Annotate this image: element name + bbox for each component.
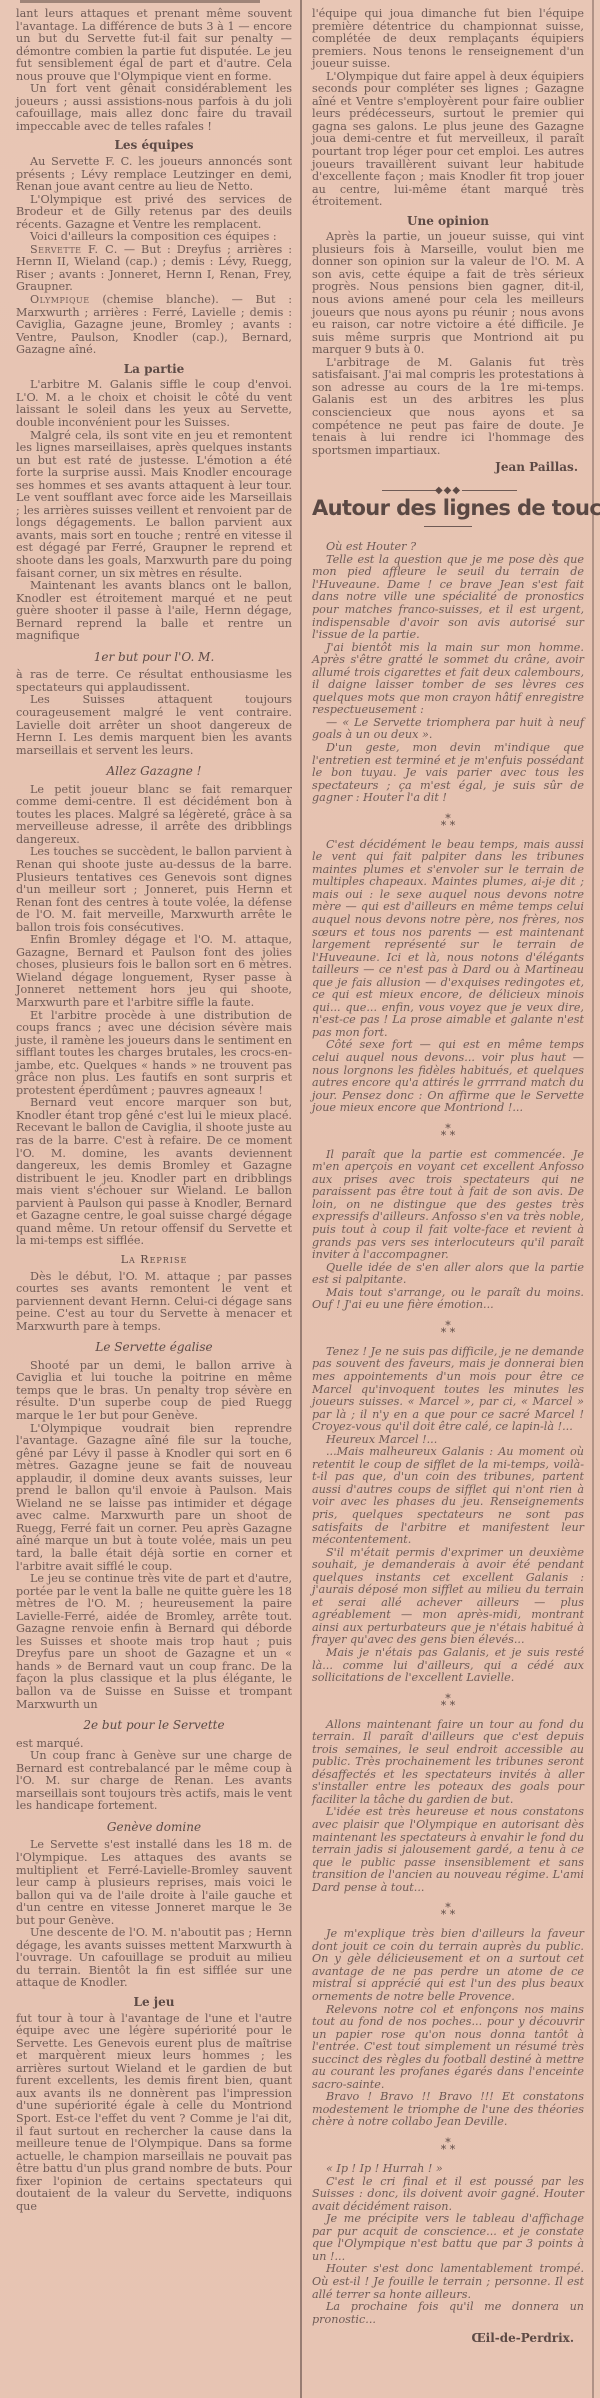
paragraph: Le jeu se continue très vite de part et … [16, 1573, 292, 1711]
newspaper-page: lant leurs attaques et prenant même souv… [0, 0, 600, 2398]
paragraph: Relevons notre col et enfonçons nos main… [312, 2004, 584, 2092]
paragraph: à ras de terre. Ce résultat enthousiasme… [16, 669, 292, 694]
paragraph: Les touches se succèdent, le ballon parv… [16, 846, 292, 934]
paragraph: Enfin Bromley dégage et l'O. M. attaque,… [16, 934, 292, 1009]
lineup-servette: Servette F. C. — But : Dreyfus ; arrière… [16, 244, 292, 294]
subheading-allez-gazagne: Allez Gazagne ! [16, 765, 292, 778]
asterism-icon: ** * [312, 1125, 584, 1139]
section-heading-partie: La partie [16, 363, 292, 376]
paragraph: Les Suisses attaquent toujours courageus… [16, 694, 292, 757]
subheading-second-goal-servette: 2e but pour le Servette [16, 1719, 292, 1732]
paragraph: Bernard veut encore marquer son but, Kno… [16, 1097, 292, 1248]
paragraph: Allons maintenant faire un tour au fond … [312, 1719, 584, 1807]
asterism-icon: ** * [312, 1904, 584, 1918]
paragraph: Au Servette F. C. les joueurs annoncés s… [16, 156, 292, 194]
paragraph: Maintenant les avants blancs ont le ball… [16, 580, 292, 643]
feature-body: Où est Houter ? Telle est la question qu… [312, 541, 584, 2326]
team-name-olympique: Olympique [30, 293, 90, 306]
paragraph: Malgré cela, ils sont vite en jeu et rem… [16, 430, 292, 581]
paragraph: La prochaine fois qu'il me donnera un pr… [312, 2301, 584, 2326]
ornament-divider: ◆◆◆ [312, 484, 584, 496]
author-signature: Jean Paillas. [312, 461, 578, 474]
section-heading-equipes: Les équipes [16, 139, 292, 152]
paragraph: J'ai bientôt mis la main sur mon homme. … [312, 642, 584, 717]
left-column: lant leurs attaques et prenant même souv… [16, 8, 292, 2213]
ornament-line-left [382, 490, 437, 491]
paragraph: Le petit joueur blanc se fait remarquer … [16, 784, 292, 847]
paragraph: Je me précipite vers le tableau d'affich… [312, 2213, 584, 2263]
paragraph: Mais tout s'arrange, ou le paraît du moi… [312, 1287, 584, 1312]
column-divider [300, 0, 302, 2398]
title-rule [424, 526, 472, 527]
section-heading-opinion: Une opinion [312, 215, 584, 228]
paragraph: Et l'arbitre procède à une distribution … [16, 1010, 292, 1098]
paragraph: Après la partie, un joueur suisse, qui v… [312, 231, 584, 356]
subheading-servette-egalise: Le Servette égalise [16, 1341, 292, 1354]
paragraph: C'est décidément le beau temps, mais aus… [312, 839, 584, 1040]
paragraph: Un fort vent gênait considérablement les… [16, 83, 292, 133]
feature-author-credit: Œil-de-Perdrix. [312, 2332, 574, 2345]
paragraph: Shooté par un demi, le ballon arrive à C… [16, 1360, 292, 1423]
asterism-icon: ** * [312, 1695, 584, 1709]
paragraph: L'arbitrage de M. Galanis fut très satis… [312, 357, 584, 457]
paragraph: Il paraît que la partie est commencée. J… [312, 1149, 584, 1262]
team-name-servette: Servette F. C. [30, 243, 118, 256]
ornament-line-right [462, 490, 517, 491]
paragraph: Côté sexe fort — qui est en même temps c… [312, 1039, 584, 1114]
paragraph: L'Olympique est privé des services de Br… [16, 194, 292, 232]
paragraph: Bravo ! Bravo !! Bravo !!! Et constatons… [312, 2091, 584, 2129]
page-edge-rule [592, 0, 594, 2398]
paragraph: fut tour à tour à l'avantage de l'une et… [16, 2013, 292, 2214]
paragraph: Dès le début, l'O. M. attaque ; par pass… [16, 1271, 292, 1334]
subheading-first-goal-om: 1er but pour l'O. M. [16, 651, 292, 664]
lineup-olympique: Olympique (chemise blanche). — But : Mar… [16, 294, 292, 357]
paragraph: l'équipe qui joua dimanche fut bien l'éq… [312, 8, 584, 71]
paragraph: Je m'explique très bien d'ailleurs la fa… [312, 1928, 584, 2003]
paragraph: Houter s'est donc lamentablement trompé.… [312, 2263, 584, 2301]
asterism-icon: ** * [312, 1322, 584, 1336]
paragraph: ...Mais malheureux Galanis : Au moment o… [312, 1446, 584, 1546]
paragraph: « Ip ! Ip ! Hurrah ! » [312, 2163, 584, 2176]
paragraph: L'arbitre M. Galanis siffle le coup d'en… [16, 379, 292, 429]
top-rule [20, 0, 260, 3]
asterism-icon: ** * [312, 815, 584, 829]
paragraph: Une descente de l'O. M. n'aboutit pas ; … [16, 1927, 292, 1990]
paragraph: Un coup franc à Genève sur une charge de… [16, 1750, 292, 1813]
subheading-geneve-domine: Genève domine [16, 1821, 292, 1834]
paragraph: Quelle idée de s'en aller alors que la p… [312, 1262, 584, 1287]
section-heading-le-jeu: Le jeu [16, 1996, 292, 2009]
paragraph: C'est le cri final et il est poussé par … [312, 2176, 584, 2214]
paragraph: S'il m'était permis d'exprimer un deuxiè… [312, 1547, 584, 1647]
paragraph: L'Olympique voudrait bien reprendre l'av… [16, 1423, 292, 1574]
section-heading-reprise: La Reprise [16, 1254, 292, 1267]
paragraph: L'idée est très heureuse et nous constat… [312, 1806, 584, 1894]
quote: — « Le Servette triomphera par huit à ne… [312, 717, 584, 742]
asterism-icon: ** * [312, 2139, 584, 2153]
paragraph: lant leurs attaques et prenant même souv… [16, 8, 292, 83]
diamond-ornament-icon: ◆◆◆ [435, 485, 461, 496]
right-column: l'équipe qui joua dimanche fut bien l'éq… [312, 8, 584, 2345]
paragraph: Le Servette s'est installé dans les 18 m… [16, 1839, 292, 1927]
paragraph: Tenez ! Je ne suis pas difficile, je ne … [312, 1346, 584, 1434]
paragraph: Telle est la question que je me pose dès… [312, 554, 584, 642]
paragraph: Mais je n'étais pas Galanis, et je suis … [312, 1647, 584, 1685]
feature-title: Autour des lignes de touche [312, 502, 584, 515]
paragraph: Où est Houter ? [312, 541, 584, 554]
paragraph: D'un geste, mon devin m'indique que l'en… [312, 742, 584, 805]
paragraph: L'Olympique dut faire appel à deux équip… [312, 71, 584, 209]
